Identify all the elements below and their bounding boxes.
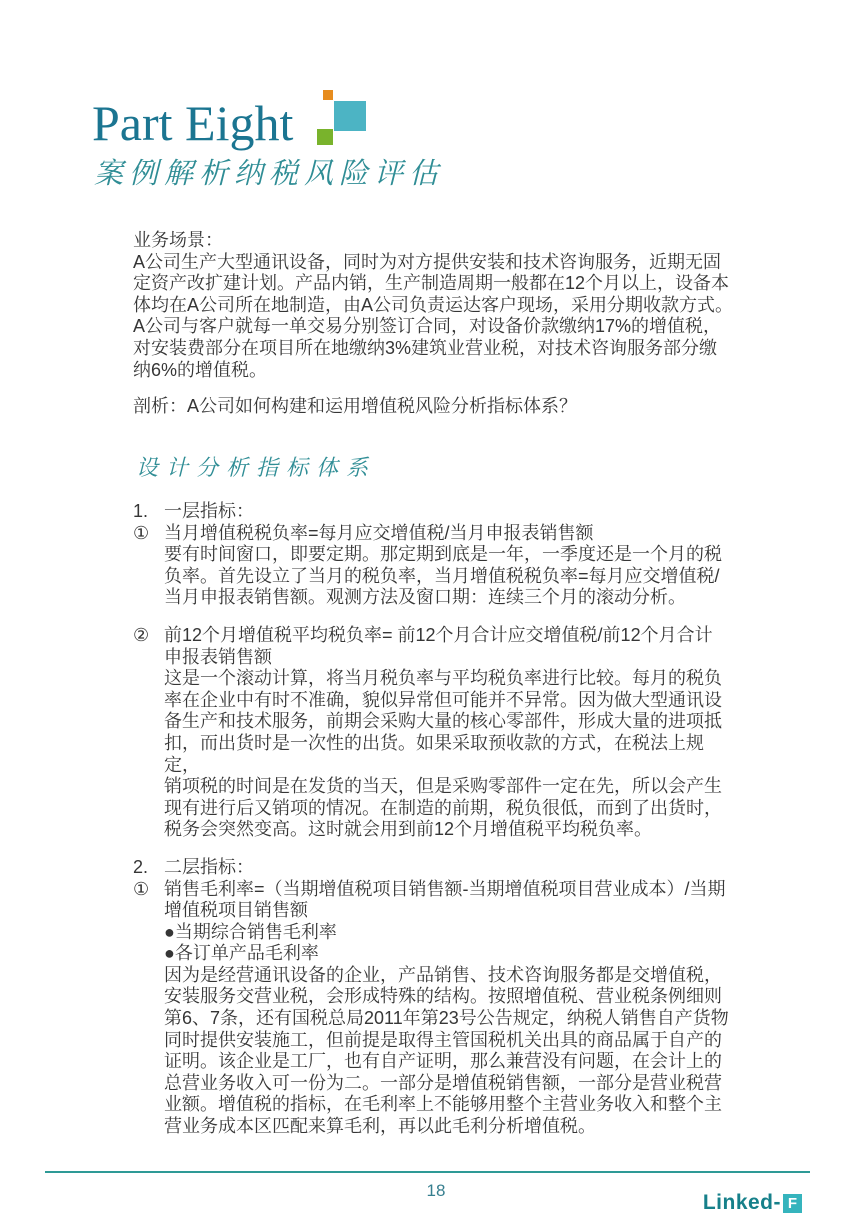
list-item: 2. 二层指标： [133, 857, 739, 879]
scenario-label: 业务场景： [133, 230, 737, 252]
list-text: 前12个月增值税平均税负率= 前12个月合计应交增值税/前12个月合计 申报表销… [164, 625, 739, 841]
linked-f-logo: Linked- F [703, 1191, 802, 1215]
list-marker: ① [133, 879, 164, 1138]
document-page: Part Eight 案例解析纳税风险评估 业务场景： A公司生产大型通讯设备，… [0, 0, 850, 1228]
list-text: 一层指标： [164, 501, 739, 523]
indicator-list: 1. 一层指标： ① 当月增值税税负率=每月应交增值税/当月申报表销售额 要有时… [133, 501, 739, 1138]
list-text: 销售毛利率=（当期增值税项目销售额-当期增值税项目营业成本）/当期 增值税项目销… [164, 879, 739, 1138]
list-marker: 1. [133, 501, 164, 523]
part-title: Part Eight [92, 98, 293, 148]
list-marker: 2. [133, 857, 164, 879]
scenario-block: 业务场景： A公司生产大型通讯设备，同时为对方提供安装和技术咨询服务，近期无固 … [133, 230, 737, 381]
analysis-question: 剖析：A公司如何构建和运用增值税风险分析指标体系？ [133, 396, 737, 418]
footer-divider [45, 1171, 810, 1173]
list-marker: ① [133, 523, 164, 609]
accent-square-teal-icon [334, 101, 366, 131]
list-item: ① 销售毛利率=（当期增值税项目销售额-当期增值税项目营业成本）/当期 增值税项… [133, 879, 739, 1138]
chapter-subtitle: 案例解析纳税风险评估 [94, 157, 444, 192]
scenario-body: A公司生产大型通讯设备，同时为对方提供安装和技术咨询服务，近期无固 定资产改扩建… [133, 252, 737, 382]
accent-square-orange-icon [323, 90, 333, 100]
list-text: 当月增值税税负率=每月应交增值税/当月申报表销售额 要有时间窗口，即要定期。那定… [164, 523, 739, 609]
list-marker: ② [133, 625, 164, 841]
logo-text: Linked- [703, 1191, 781, 1215]
list-item: ① 当月增值税税负率=每月应交增值税/当月申报表销售额 要有时间窗口，即要定期。… [133, 523, 739, 609]
logo-f-badge-icon: F [783, 1194, 802, 1213]
accent-square-green-icon [317, 129, 333, 145]
section-heading: 设计分析指标体系 [136, 455, 376, 481]
list-item: 1. 一层指标： [133, 501, 739, 523]
list-text: 二层指标： [164, 857, 739, 879]
list-item: ② 前12个月增值税平均税负率= 前12个月合计应交增值税/前12个月合计 申报… [133, 625, 739, 841]
